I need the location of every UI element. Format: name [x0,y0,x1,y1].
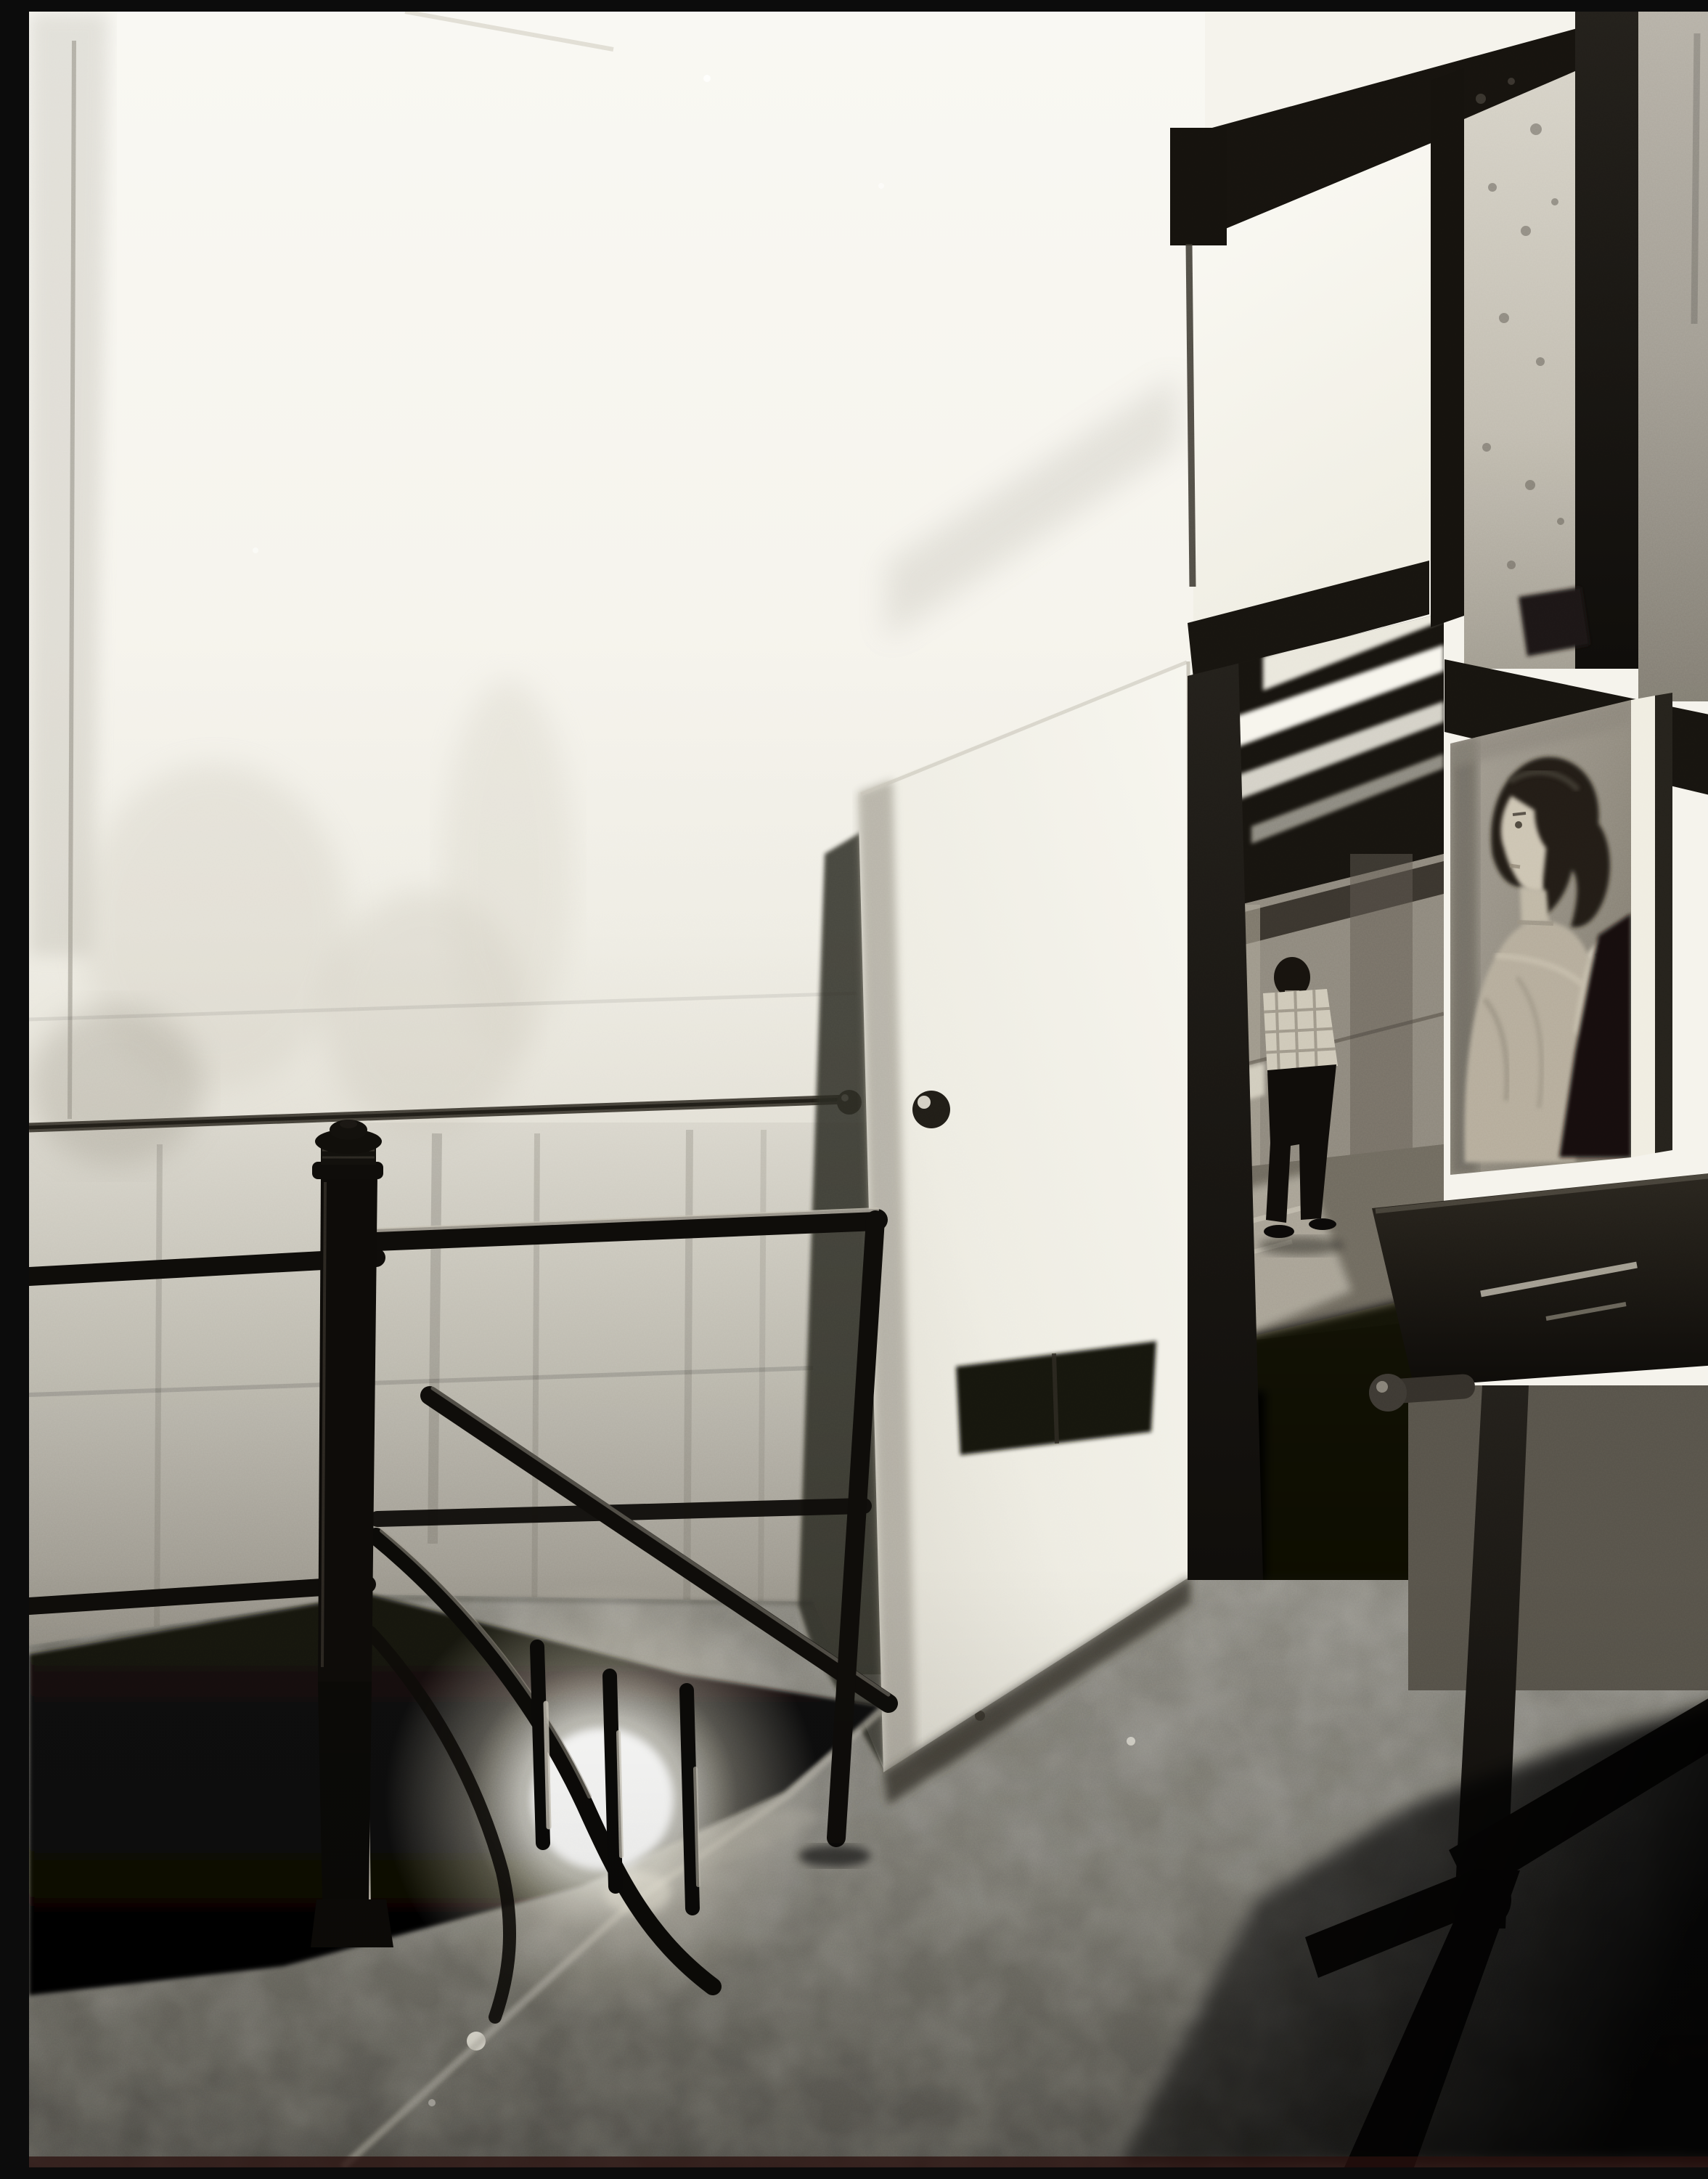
film-grain [29,12,1708,2167]
photograph [29,12,1708,2167]
photo-bottom-edge-artifact [29,2156,1708,2167]
